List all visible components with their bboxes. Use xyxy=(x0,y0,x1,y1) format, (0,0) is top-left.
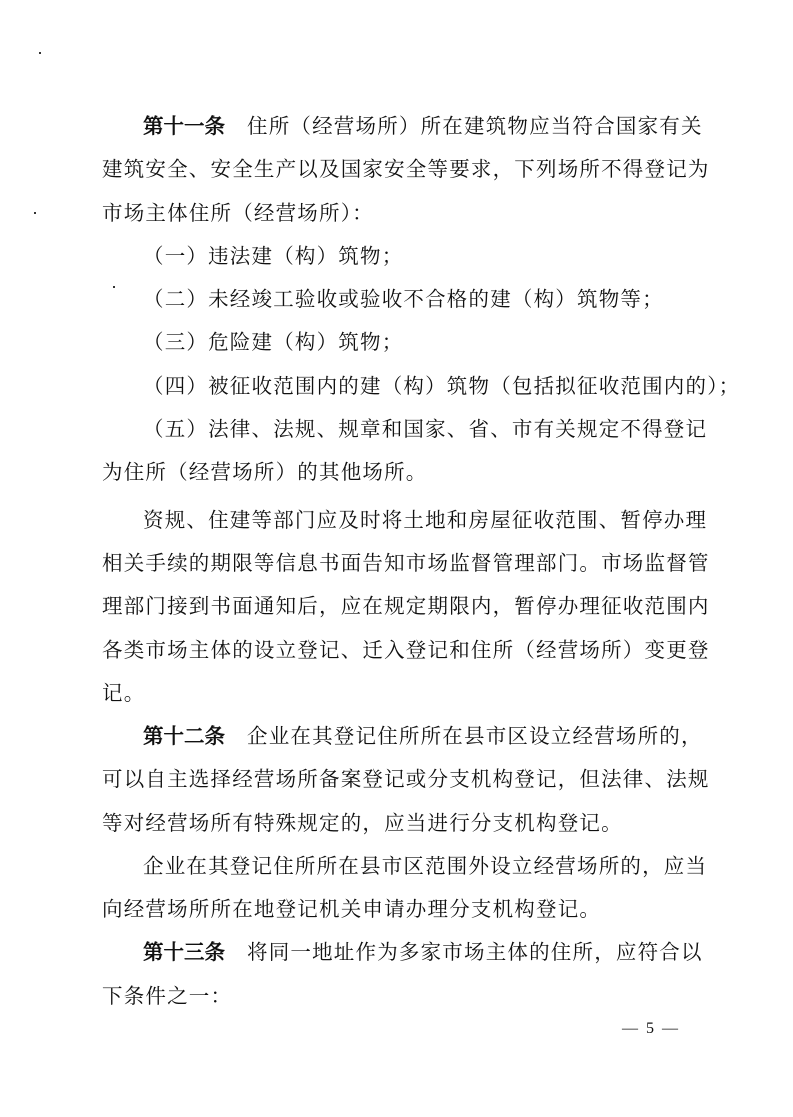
list-item: （三）危险建（构）筑物； xyxy=(143,328,684,356)
article-heading: 第十一条 xyxy=(143,114,225,138)
paragraph-line: 下条件之一： xyxy=(102,982,684,1010)
list-item: （四）被征收范围内的建（构）筑物（包括拟征收范围内的）； xyxy=(143,372,684,400)
list-item: （一）违法建（构）筑物； xyxy=(143,242,684,270)
document-page: 第十一条住所（经营场所）所在建筑物应当符合国家有关 建筑安全、安全生产以及国家安… xyxy=(0,0,793,1117)
paragraph-line: 记。 xyxy=(102,679,684,707)
paragraph-line: 理部门接到书面通知后，应在规定期限内，暂停办理征收范围内 xyxy=(102,592,684,620)
paragraph-line: 可以自主选择经营场所备案登记或分支机构登记，但法律、法规 xyxy=(102,765,684,793)
list-item: （五）法律、法规、规章和国家、省、市有关规定不得登记 xyxy=(143,415,684,443)
paragraph-line: 市场主体住所（经营场所）： xyxy=(102,199,684,227)
article-heading: 第十二条 xyxy=(143,724,225,748)
article-11-line-1: 第十一条住所（经营场所）所在建筑物应当符合国家有关 xyxy=(143,112,684,140)
article-13-line-1: 第十三条将同一地址作为多家市场主体的住所，应符合以 xyxy=(143,938,684,966)
paragraph-line: 为住所（经营场所）的其他场所。 xyxy=(102,458,684,486)
article-heading: 第十三条 xyxy=(143,940,225,964)
article-12-line-1: 第十二条企业在其登记住所所在县市区设立经营场所的， xyxy=(143,722,684,750)
list-item: （二）未经竣工验收或验收不合格的建（构）筑物等； xyxy=(143,285,684,313)
paragraph-line: 资规、住建等部门应及时将土地和房屋征收范围、暂停办理 xyxy=(143,506,684,534)
scan-speck xyxy=(39,52,41,54)
paragraph-line: 各类市场主体的设立登记、迁入登记和住所（经营场所）变更登 xyxy=(102,636,684,664)
paragraph-line: 建筑安全、安全生产以及国家安全等要求，下列场所不得登记为 xyxy=(102,155,684,183)
paragraph-line: 向经营场所所在地登记机关申请办理分支机构登记。 xyxy=(102,895,684,923)
paragraph-line: 相关手续的期限等信息书面告知市场监督管理部门。市场监督管 xyxy=(102,549,684,577)
scan-speck xyxy=(113,286,115,288)
scan-speck xyxy=(34,212,36,214)
page-number: — 5 — xyxy=(622,1020,680,1038)
paragraph-line: 企业在其登记住所所在县市区范围外设立经营场所的，应当 xyxy=(143,852,684,880)
paragraph-line: 等对经营场所有特殊规定的，应当进行分支机构登记。 xyxy=(102,809,684,837)
